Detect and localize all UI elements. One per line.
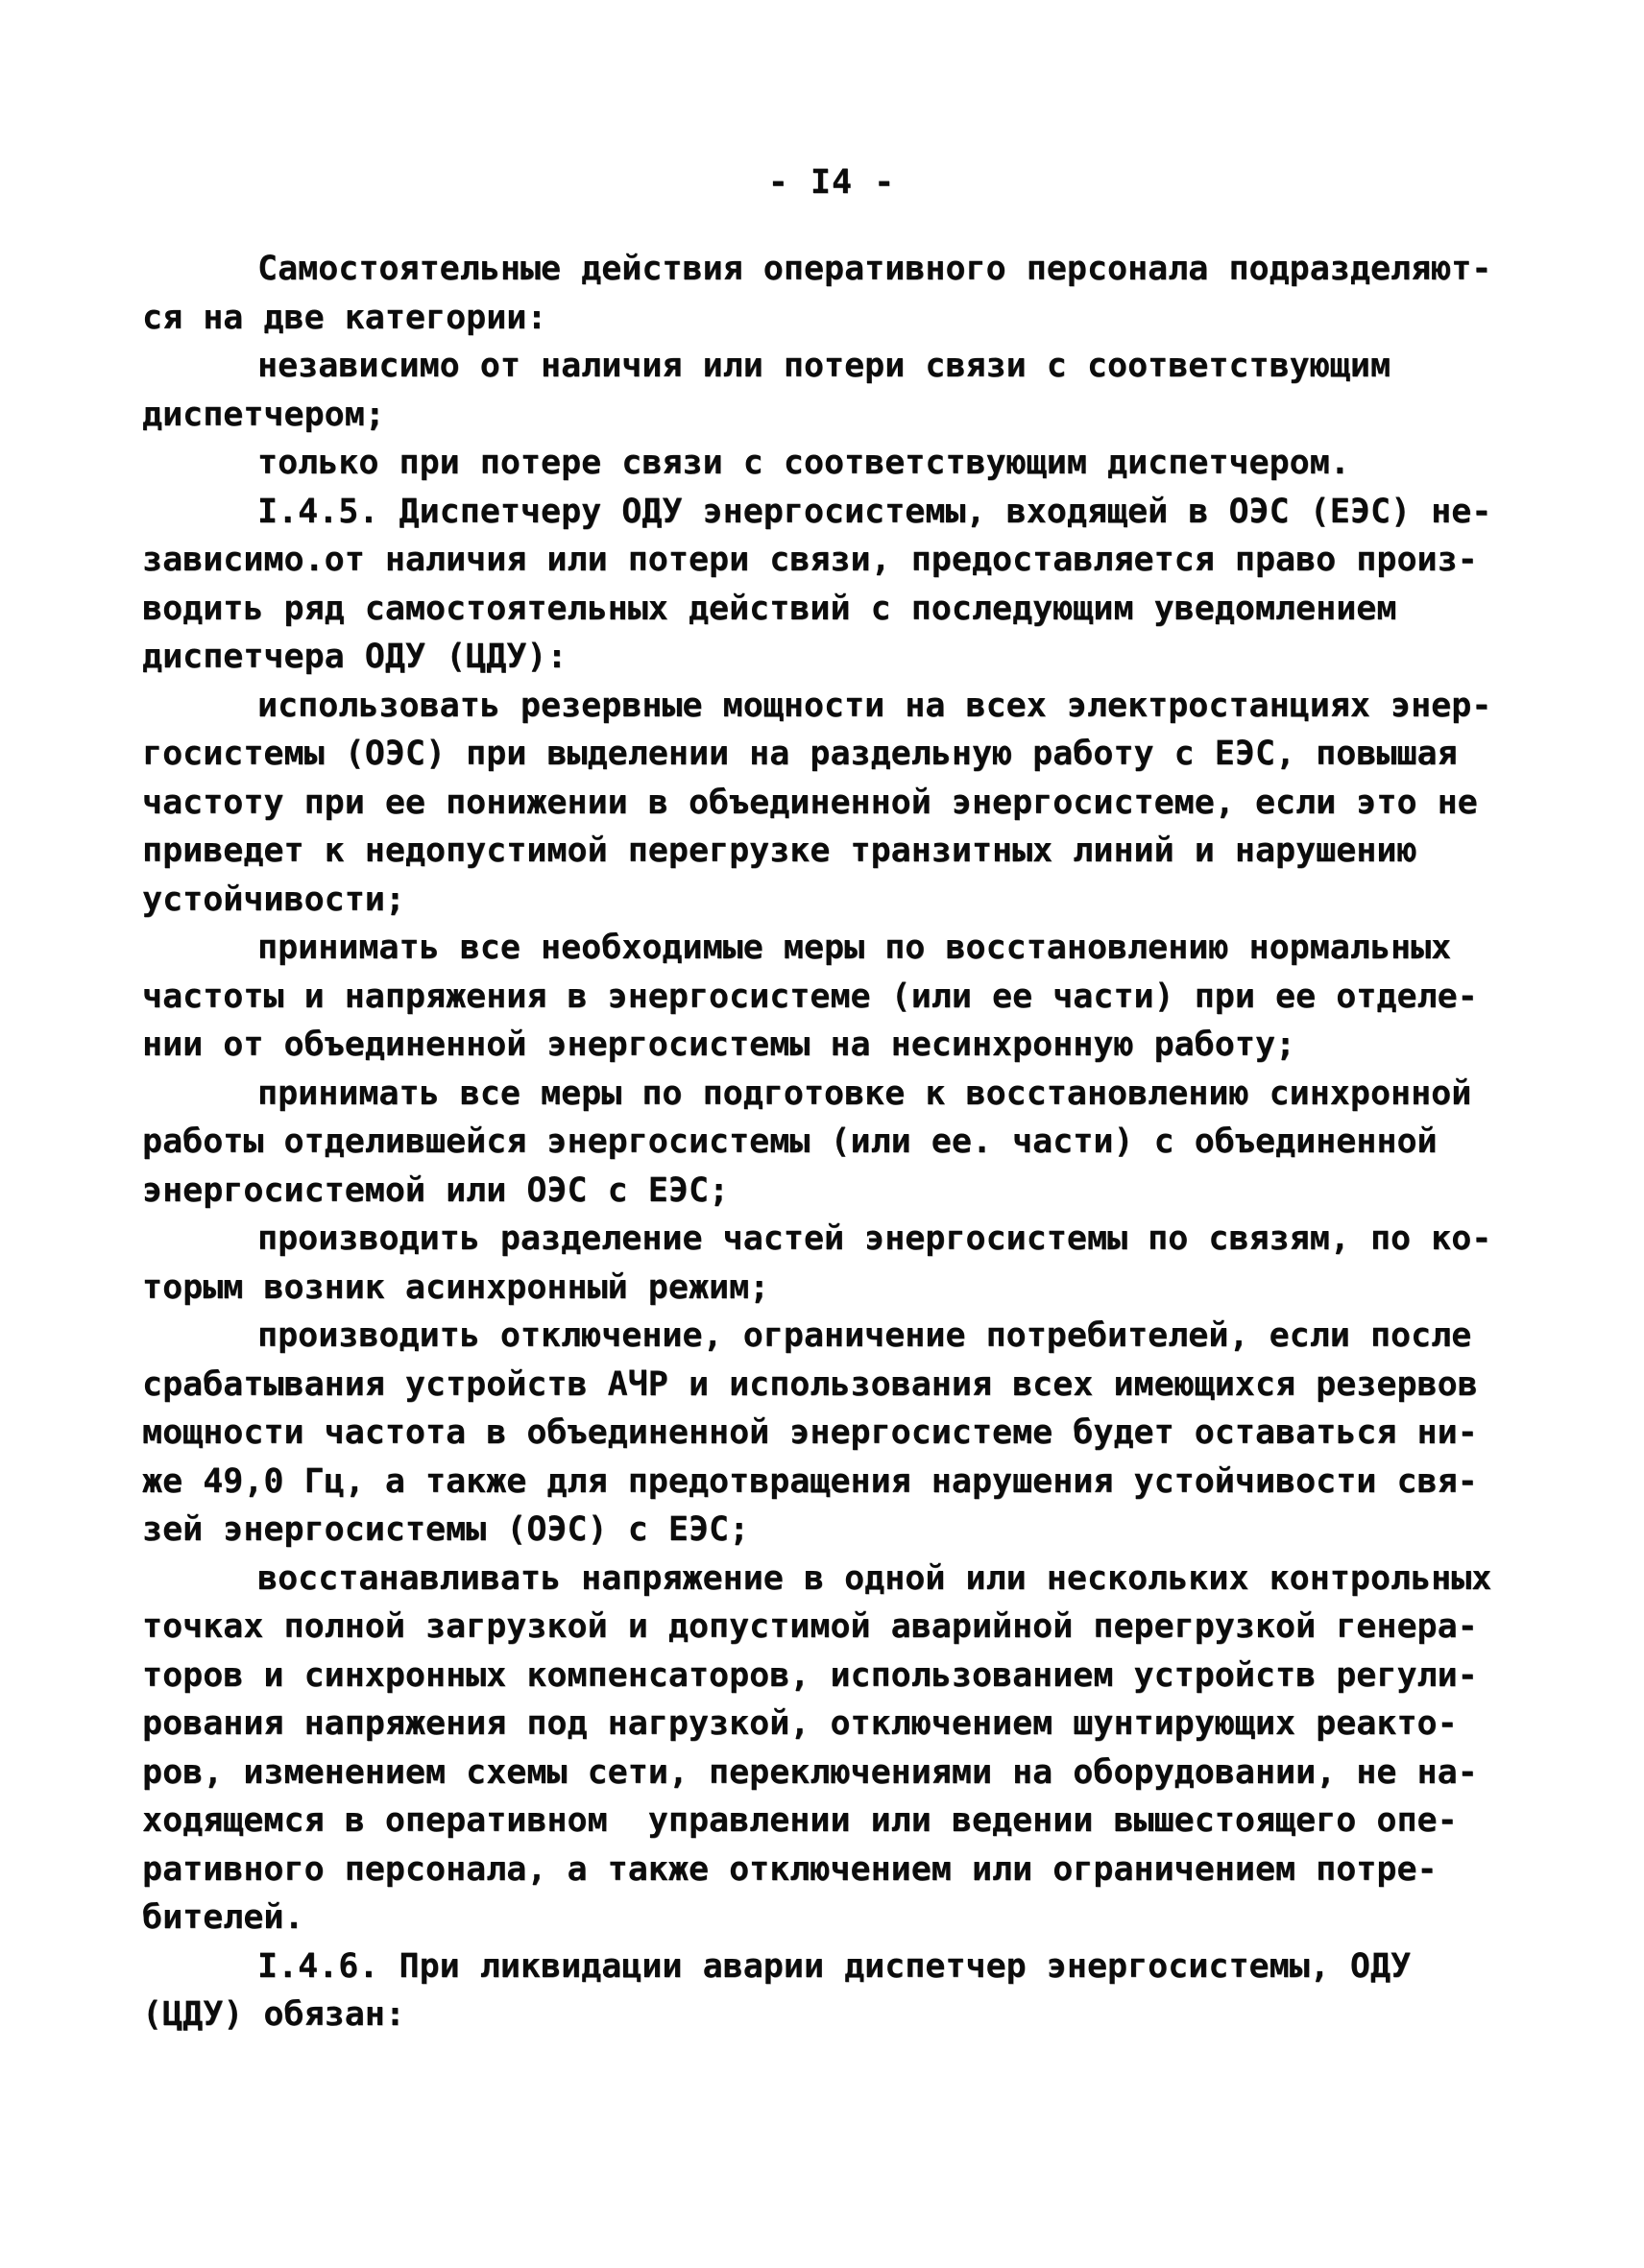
text-line: зависимо.от наличия или потери связи, пр… [142,536,1563,585]
text-line: госистемы (ОЭС) при выделении на раздель… [142,730,1563,779]
text-line: I.4.5. Диспетчеру ОДУ энергосистемы, вхо… [142,488,1563,537]
text-line: работы отделившейся энергосистемы (или е… [142,1118,1563,1167]
text-line: точках полной загрузкой и допустимой ава… [142,1603,1563,1652]
text-line: устойчивости; [142,876,1563,925]
text-line: Самостоятельные действия оперативного пе… [142,245,1563,294]
text-line: частоты и напряжения в энергосистеме (ил… [142,973,1563,1022]
text-line: только при потере связи с соответствующи… [142,439,1563,488]
text-line: водить ряд самостоятельных действий с по… [142,585,1563,634]
text-line: (ЦДУ) обязан: [142,1991,1563,2039]
document-page: - I4 - Самостоятельные действия оператив… [0,0,1644,2268]
text-line: же 49,0 Гц, а также для предотвращения н… [142,1458,1563,1507]
text-line: восстанавливать напряжение в одной или н… [142,1555,1563,1604]
text-line: диспетчера ОДУ (ЦДУ): [142,633,1563,682]
text-line: зей энергосистемы (ОЭС) с ЕЭС; [142,1506,1563,1555]
text-line: ров, изменением схемы сети, переключения… [142,1749,1563,1798]
page-number: - I4 - [0,163,1644,202]
text-line: принимать все меры по подготовке к восст… [142,1070,1563,1119]
text-line: производить отключение, ограничение потр… [142,1312,1563,1361]
text-line: мощности частота в объединенной энергоси… [142,1409,1563,1458]
text-line: энергосистемой или ОЭС с ЕЭС; [142,1167,1563,1216]
text-line: I.4.6. При ликвидации аварии диспетчер э… [142,1942,1563,1991]
text-line: ходящемся в оперативном управлении или в… [142,1797,1563,1846]
text-line: ся на две категории: [142,294,1563,343]
text-line: торов и синхронных компенсаторов, исполь… [142,1652,1563,1701]
document-text: Самостоятельные действия оперативного пе… [142,245,1563,2039]
text-line: независимо от наличия или потери связи с… [142,342,1563,391]
text-line: производить разделение частей энергосист… [142,1215,1563,1264]
text-line: принимать все необходимые меры по восста… [142,924,1563,973]
text-line: торым возник асинхронный режим; [142,1264,1563,1313]
text-line: рования напряжения под нагрузкой, отключ… [142,1700,1563,1749]
text-line: использовать резервные мощности на всех … [142,682,1563,731]
text-line: бителей. [142,1894,1563,1942]
text-line: ративного персонала, а также отключением… [142,1846,1563,1894]
text-line: нии от объединенной энергосистемы на нес… [142,1021,1563,1070]
text-line: срабатывания устройств АЧР и использован… [142,1361,1563,1410]
text-line: диспетчером; [142,391,1563,440]
text-line: частоту при ее понижении в объединенной … [142,779,1563,828]
text-line: приведет к недопустимой перегрузке транз… [142,827,1563,876]
